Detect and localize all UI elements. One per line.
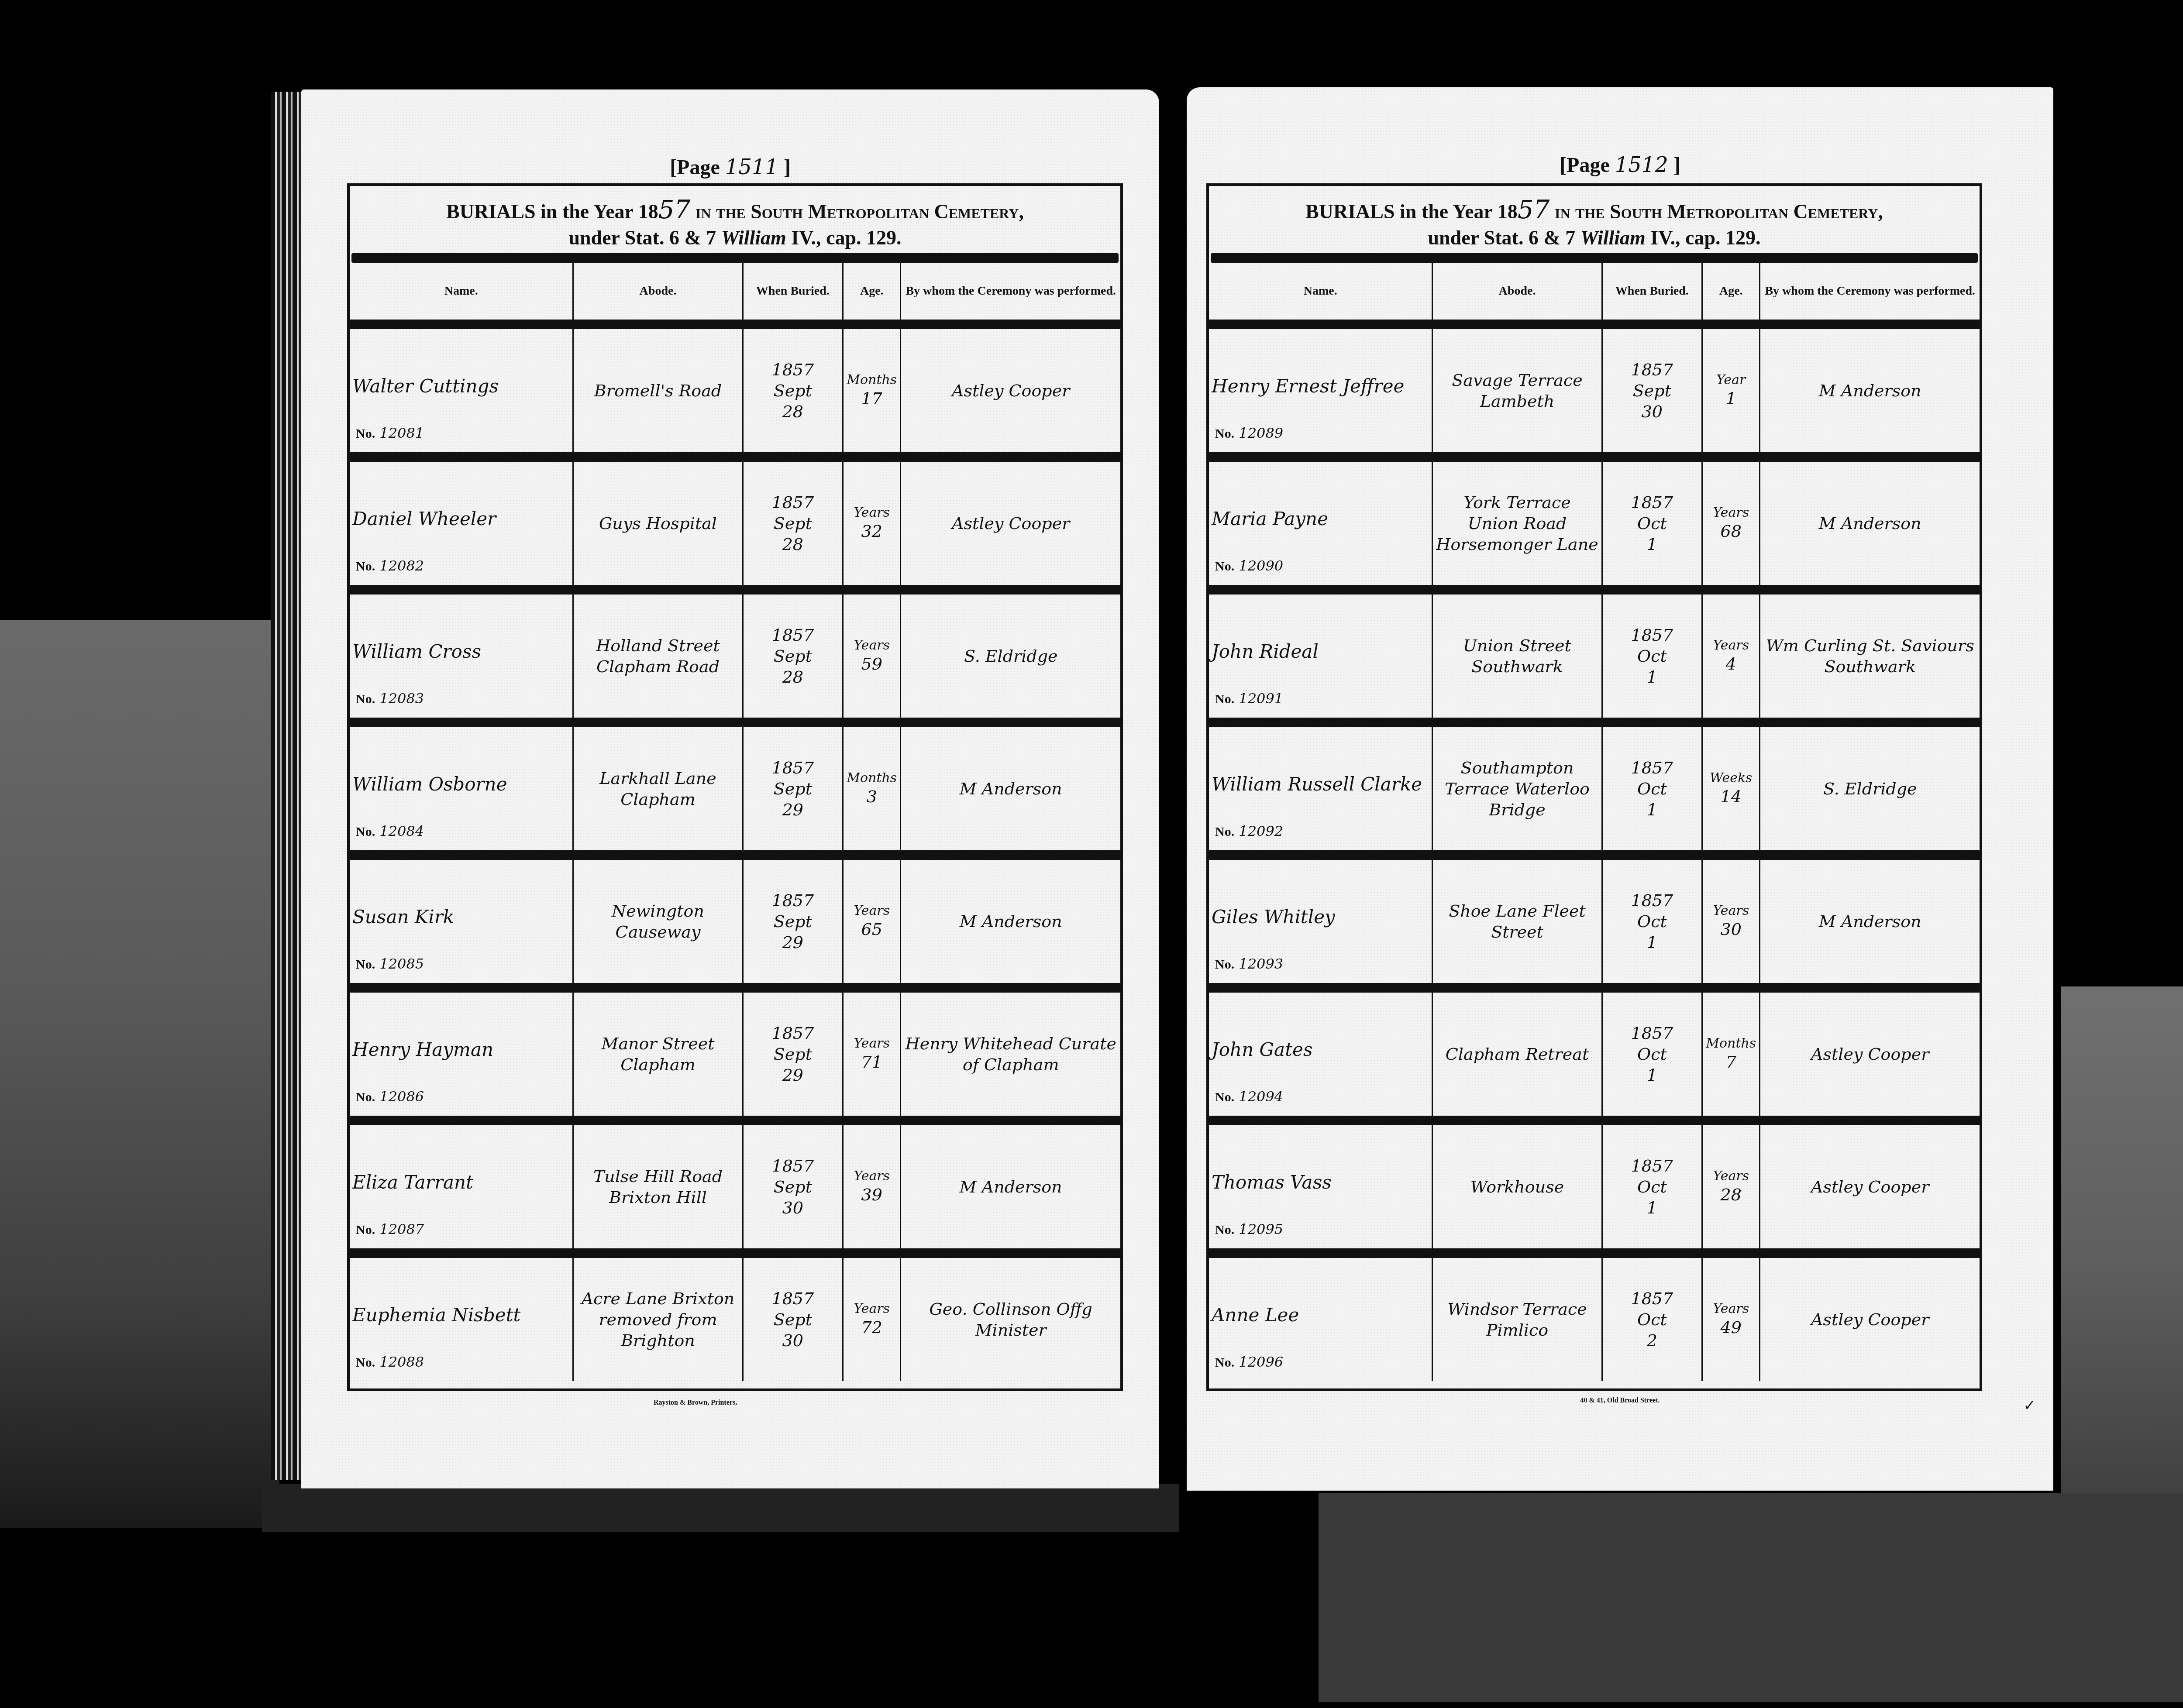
- abode-cell: Bromell's Road: [573, 329, 743, 452]
- burial-register-table: BURIALS in the Year 1857 in the South Me…: [347, 183, 1123, 1391]
- age-cell: Years49: [1702, 1258, 1760, 1381]
- officiant-cell: S. Eldridge: [1760, 727, 1980, 850]
- abode-cell: Shoe Lane Fleet Street: [1432, 860, 1602, 983]
- entry-number: No. 12085: [356, 953, 424, 975]
- age-cell: Years68: [1702, 462, 1760, 585]
- entry-name-cell: Henry Hayman No. 12086: [350, 993, 573, 1116]
- entry-name-cell: Eliza Tarrant No. 12087: [350, 1125, 573, 1248]
- entry-number: No. 12093: [1215, 953, 1283, 975]
- when-buried-cell: 1857Sept30: [743, 1258, 843, 1381]
- abode-cell: Windsor Terrace Pimlico: [1432, 1258, 1602, 1381]
- entry-number: No. 12096: [1215, 1351, 1283, 1373]
- age-cell: Years72: [843, 1258, 901, 1381]
- abode-cell: Acre Lane Brixton removed from Brighton: [573, 1258, 743, 1381]
- age-cell: Years30: [1702, 860, 1760, 983]
- deceased-name: Walter Cuttings: [352, 376, 570, 397]
- age-cell: Weeks14: [1702, 727, 1760, 850]
- abode-cell: Holland Street Clapham Road: [573, 595, 743, 718]
- rule-divider: [350, 1116, 1120, 1125]
- abode-cell: Union Street Southwark: [1432, 595, 1602, 718]
- deceased-name: Anne Lee: [1212, 1305, 1429, 1326]
- burial-entry-row: William Cross No. 12083 Holland Street C…: [350, 595, 1120, 718]
- burial-entry-row: Euphemia Nisbett No. 12088 Acre Lane Bri…: [350, 1258, 1120, 1381]
- when-buried-cell: 1857Oct1: [1602, 727, 1702, 850]
- entry-name-cell: Daniel Wheeler No. 12082: [350, 462, 573, 585]
- rule-divider: [1209, 452, 1980, 462]
- officiant-cell: Wm Curling St. Saviours Southwark: [1760, 595, 1980, 718]
- burial-entry-row: Giles Whitley No. 12093 Shoe Lane Fleet …: [1209, 860, 1980, 983]
- when-buried-cell: 1857Oct2: [1602, 1258, 1702, 1381]
- deceased-name: Thomas Vass: [1212, 1172, 1429, 1193]
- column-header: Abode.: [1432, 263, 1602, 320]
- entry-name-cell: Euphemia Nisbett No. 12088: [350, 1258, 573, 1381]
- entry-number: No. 12084: [356, 821, 424, 842]
- deceased-name: Maria Payne: [1212, 509, 1429, 529]
- officiant-cell: M Anderson: [1760, 329, 1980, 452]
- abode-cell: Tulse Hill Road Brixton Hill: [573, 1125, 743, 1248]
- burial-entry-row: John Rideal No. 12091 Union Street South…: [1209, 595, 1980, 718]
- when-buried-cell: 1857Oct1: [1602, 595, 1702, 718]
- officiant-cell: Henry Whitehead Curate of Clapham: [901, 993, 1120, 1116]
- abode-cell: Clapham Retreat: [1432, 993, 1602, 1116]
- deceased-name: William Osborne: [352, 774, 570, 795]
- entry-number: No. 12095: [1215, 1219, 1283, 1241]
- deceased-name: Giles Whitley: [1212, 907, 1429, 928]
- age-cell: Years65: [843, 860, 901, 983]
- burial-entry-row: Daniel Wheeler No. 12082 Guys Hospital 1…: [350, 462, 1120, 585]
- check-mark-icon: ✓: [2024, 1397, 2036, 1414]
- entry-name-cell: Susan Kirk No. 12085: [350, 860, 573, 983]
- age-cell: Years4: [1702, 595, 1760, 718]
- officiant-cell: M Anderson: [1760, 860, 1980, 983]
- entry-number: No. 12081: [356, 423, 424, 444]
- deceased-name: Eliza Tarrant: [352, 1172, 570, 1193]
- abode-cell: York Terrace Union Road Horsemonger Lane: [1432, 462, 1602, 585]
- rule-divider: [1209, 585, 1980, 595]
- rule-divider: [1209, 850, 1980, 860]
- deceased-name: William Russell Clarke: [1212, 774, 1429, 795]
- when-buried-cell: 1857Oct1: [1602, 462, 1702, 585]
- officiant-cell: M Anderson: [901, 1125, 1120, 1248]
- burial-entry-row: Maria Payne No. 12090 York Terrace Union…: [1209, 462, 1980, 585]
- when-buried-cell: 1857Sept28: [743, 329, 843, 452]
- rule-divider: [351, 253, 1119, 263]
- when-buried-cell: 1857Sept28: [743, 462, 843, 585]
- officiant-cell: Astley Cooper: [1760, 1125, 1980, 1248]
- age-cell: Years28: [1702, 1125, 1760, 1248]
- officiant-cell: M Anderson: [901, 727, 1120, 850]
- right-page: [Page 1512 ] BURIALS in the Year 1857 in…: [1187, 87, 2053, 1491]
- burial-entry-row: Eliza Tarrant No. 12087 Tulse Hill Road …: [350, 1125, 1120, 1248]
- rule-divider: [1209, 320, 1980, 329]
- background-shadow: [262, 1484, 1179, 1532]
- rule-divider: [350, 452, 1120, 462]
- entry-name-cell: William Cross No. 12083: [350, 595, 573, 718]
- column-header: When Buried.: [743, 263, 843, 320]
- entry-number: No. 12083: [356, 688, 424, 710]
- abode-cell: Workhouse: [1432, 1125, 1602, 1248]
- deceased-name: John Gates: [1212, 1039, 1429, 1060]
- age-cell: Years39: [843, 1125, 901, 1248]
- deceased-name: Euphemia Nisbett: [352, 1305, 570, 1326]
- column-header: Age.: [1702, 263, 1760, 320]
- entry-name-cell: William Osborne No. 12084: [350, 727, 573, 850]
- column-header: Name.: [350, 263, 573, 320]
- rule-divider: [1209, 983, 1980, 993]
- when-buried-cell: 1857Sept28: [743, 595, 843, 718]
- when-buried-cell: 1857Oct1: [1602, 1125, 1702, 1248]
- column-header: Abode.: [573, 263, 743, 320]
- entry-name-cell: Henry Ernest Jeffree No. 12089: [1209, 329, 1432, 452]
- burial-entry-row: William Russell Clarke No. 12092 Southam…: [1209, 727, 1980, 850]
- officiant-cell: M Anderson: [901, 860, 1120, 983]
- column-header: By whom the Ceremony was performed.: [901, 263, 1120, 320]
- abode-cell: Newington Causeway: [573, 860, 743, 983]
- column-header: When Buried.: [1602, 263, 1702, 320]
- age-cell: Years59: [843, 595, 901, 718]
- deceased-name: John Rideal: [1212, 641, 1429, 662]
- age-cell: Months17: [843, 329, 901, 452]
- rule-divider: [1209, 718, 1980, 727]
- when-buried-cell: 1857Oct1: [1602, 993, 1702, 1116]
- entry-number: No. 12088: [356, 1351, 424, 1373]
- register-grid: Name.Abode.When Buried.Age.By whom the C…: [1209, 263, 1980, 1381]
- entry-name-cell: Anne Lee No. 12096: [1209, 1258, 1432, 1381]
- age-cell: Years71: [843, 993, 901, 1116]
- deceased-name: Susan Kirk: [352, 907, 570, 928]
- entry-name-cell: Walter Cuttings No. 12081: [350, 329, 573, 452]
- page-number-label: [Page 1511 ]: [301, 155, 1159, 179]
- deceased-name: Henry Hayman: [352, 1039, 570, 1060]
- deceased-name: William Cross: [352, 641, 570, 662]
- burial-entry-row: Susan Kirk No. 12085 Newington Causeway …: [350, 860, 1120, 983]
- printer-imprint: Rayston & Brown, Printers,: [266, 1399, 1124, 1407]
- age-cell: Months7: [1702, 993, 1760, 1116]
- burial-entry-row: Thomas Vass No. 12095 Workhouse 1857Oct1…: [1209, 1125, 1980, 1248]
- entry-number: No. 12091: [1215, 688, 1283, 710]
- burial-entry-row: Walter Cuttings No. 12081 Bromell's Road…: [350, 329, 1120, 452]
- entry-number: No. 12090: [1215, 555, 1283, 577]
- entry-name-cell: Maria Payne No. 12090: [1209, 462, 1432, 585]
- rule-divider: [350, 718, 1120, 727]
- printer-address: 40 & 41, Old Broad Street.: [1187, 1397, 2053, 1405]
- rule-divider: [350, 320, 1120, 329]
- deceased-name: Daniel Wheeler: [352, 509, 570, 529]
- officiant-cell: Astley Cooper: [1760, 993, 1980, 1116]
- rule-divider: [350, 850, 1120, 860]
- column-header: Age.: [843, 263, 901, 320]
- age-cell: Year1: [1702, 329, 1760, 452]
- when-buried-cell: 1857Sept29: [743, 727, 843, 850]
- entry-number: No. 12087: [356, 1219, 424, 1241]
- abode-cell: Southampton Terrace Waterloo Bridge: [1432, 727, 1602, 850]
- burial-entry-row: William Osborne No. 12084 Larkhall Lane …: [350, 727, 1120, 850]
- abode-cell: Manor Street Clapham: [573, 993, 743, 1116]
- rule-divider: [350, 1248, 1120, 1258]
- entry-name-cell: Giles Whitley No. 12093: [1209, 860, 1432, 983]
- abode-cell: Savage Terrace Lambeth: [1432, 329, 1602, 452]
- page-number-label: [Page 1512 ]: [1187, 153, 2053, 177]
- entry-number: No. 12094: [1215, 1086, 1283, 1108]
- burial-register-table: BURIALS in the Year 1857 in the South Me…: [1206, 183, 1982, 1391]
- left-page: [Page 1511 ] BURIALS in the Year 1857 in…: [301, 89, 1159, 1488]
- entry-name-cell: John Rideal No. 12091: [1209, 595, 1432, 718]
- when-buried-cell: 1857Sept30: [1602, 329, 1702, 452]
- when-buried-cell: 1857Sept30: [743, 1125, 843, 1248]
- burial-entry-row: Anne Lee No. 12096 Windsor Terrace Pimli…: [1209, 1258, 1980, 1381]
- register-heading: BURIALS in the Year 1857 in the South Me…: [350, 186, 1120, 253]
- officiant-cell: Astley Cooper: [901, 329, 1120, 452]
- deceased-name: Henry Ernest Jeffree: [1212, 376, 1429, 397]
- book-page-edges: [271, 92, 306, 1480]
- when-buried-cell: 1857Sept29: [743, 860, 843, 983]
- rule-divider: [1209, 1116, 1980, 1125]
- entry-name-cell: William Russell Clarke No. 12092: [1209, 727, 1432, 850]
- when-buried-cell: 1857Sept29: [743, 993, 843, 1116]
- officiant-cell: S. Eldridge: [901, 595, 1120, 718]
- when-buried-cell: 1857Oct1: [1602, 860, 1702, 983]
- entry-number: No. 12092: [1215, 821, 1283, 842]
- rule-divider: [1209, 1248, 1980, 1258]
- burial-entry-row: John Gates No. 12094 Clapham Retreat 185…: [1209, 993, 1980, 1116]
- officiant-cell: Astley Cooper: [1760, 1258, 1980, 1381]
- age-cell: Years32: [843, 462, 901, 585]
- background-surface-left: [0, 620, 279, 1528]
- abode-cell: Larkhall Lane Clapham: [573, 727, 743, 850]
- register-heading: BURIALS in the Year 1857 in the South Me…: [1209, 186, 1980, 253]
- entry-number: No. 12089: [1215, 423, 1283, 444]
- column-header: By whom the Ceremony was performed.: [1760, 263, 1980, 320]
- background-surface-bottom: [1319, 1493, 2183, 1702]
- rule-divider: [350, 983, 1120, 993]
- entry-number: No. 12082: [356, 555, 424, 577]
- entry-name-cell: John Gates No. 12094: [1209, 993, 1432, 1116]
- entry-number: No. 12086: [356, 1086, 424, 1108]
- background-surface-right: [2061, 986, 2183, 1545]
- burial-entry-row: Henry Ernest Jeffree No. 12089 Savage Te…: [1209, 329, 1980, 452]
- officiant-cell: Geo. Collinson Offg Minister: [901, 1258, 1120, 1381]
- register-grid: Name.Abode.When Buried.Age.By whom the C…: [350, 263, 1120, 1381]
- column-header: Name.: [1209, 263, 1432, 320]
- age-cell: Months3: [843, 727, 901, 850]
- abode-cell: Guys Hospital: [573, 462, 743, 585]
- rule-divider: [1211, 253, 1978, 263]
- rule-divider: [350, 585, 1120, 595]
- entry-name-cell: Thomas Vass No. 12095: [1209, 1125, 1432, 1248]
- officiant-cell: M Anderson: [1760, 462, 1980, 585]
- officiant-cell: Astley Cooper: [901, 462, 1120, 585]
- burial-entry-row: Henry Hayman No. 12086 Manor Street Clap…: [350, 993, 1120, 1116]
